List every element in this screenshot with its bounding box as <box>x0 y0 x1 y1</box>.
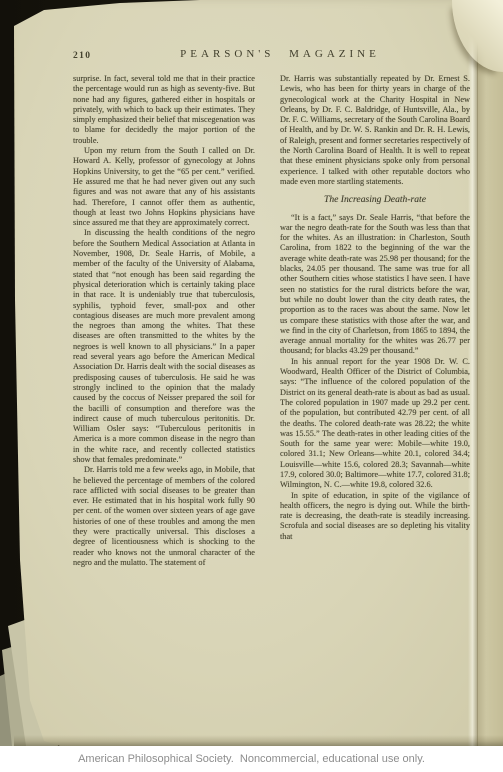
archive-footer-bar: American Philosophical Society. Noncomme… <box>0 746 503 772</box>
paragraph: Upon my return from the South I called o… <box>73 146 255 228</box>
paragraph: In spite of education, in spite of the v… <box>280 491 470 542</box>
paragraph: “It is a fact,” says Dr. Seale Harris, “… <box>280 213 470 357</box>
right-column: Dr. Harris was substantially repeated by… <box>280 74 470 686</box>
page-bottom-shadow <box>14 735 503 746</box>
running-head-title: PEARSON'S MAGAZINE <box>88 48 472 60</box>
left-column: surprise. In fact, several told me that … <box>73 74 255 686</box>
paragraph: In his annual report for the year 1908 D… <box>280 357 470 491</box>
paragraph: Dr. Harris told me a few weeks ago, in M… <box>73 465 255 568</box>
archive-caption: American Philosophical Society. Noncomme… <box>78 753 425 765</box>
paragraph: surprise. In fact, several told me that … <box>73 74 255 146</box>
paragraph: In discussing the health conditions of t… <box>73 228 255 465</box>
scanned-page-viewer: 210 PEARSON'S MAGAZINE surprise. In fact… <box>0 0 503 772</box>
page-edge-curve <box>477 0 503 746</box>
section-heading: The Increasing Death-rate <box>280 195 470 205</box>
paragraph: Dr. Harris was substantially repeated by… <box>280 74 470 187</box>
